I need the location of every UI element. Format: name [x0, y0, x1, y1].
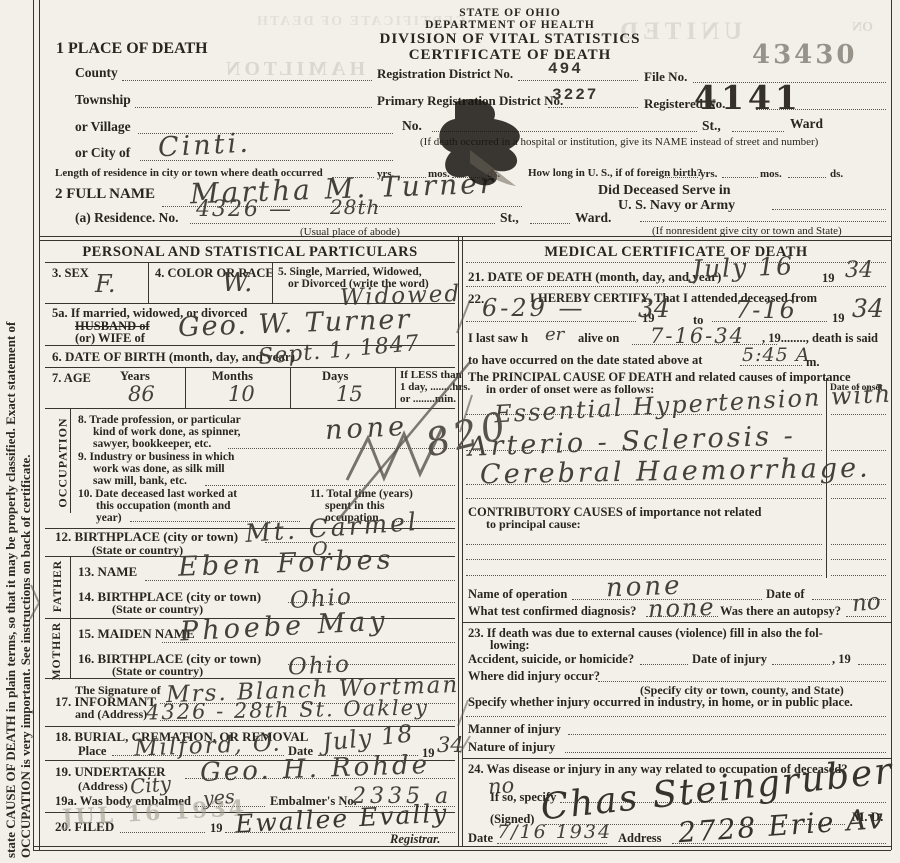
- occ9-line2: work was done, as silk mill: [93, 463, 225, 476]
- months-value: 10: [228, 384, 255, 405]
- header-division: DIVISION OF VITAL STATISTICS: [335, 31, 685, 48]
- rule: [185, 367, 186, 408]
- years-value: 86: [128, 384, 155, 405]
- served-line2: U. S. Navy or Army: [618, 198, 735, 213]
- dotted-line: [831, 559, 886, 560]
- father-vertical-label: FATHER: [52, 560, 64, 612]
- dod-label: 21. DATE OF DEATH (month, day, and year): [468, 270, 721, 284]
- primary-district-value: 3227: [552, 86, 598, 104]
- undertaker-address-label: (Address): [78, 780, 128, 793]
- residence-st-label: St.,: [500, 211, 519, 226]
- file-no-label: File No.: [644, 70, 687, 84]
- dotted-line: [205, 485, 455, 486]
- rule: [70, 408, 71, 513]
- ds-label-2: ds.: [830, 168, 843, 180]
- occ8-line3: sawyer, bookkeeper, etc.: [93, 438, 211, 451]
- if-less-line3: or ........min.: [400, 393, 456, 405]
- border-left-inner: [39, 0, 40, 850]
- father-name-label: 13. NAME: [78, 565, 137, 579]
- rule: [70, 556, 71, 678]
- mother-birthplace-state-label: (State or country): [112, 665, 203, 678]
- autopsy-label: Was there an autopsy?: [720, 605, 841, 619]
- dotted-line: [831, 544, 886, 545]
- informant-address-label: and (Address): [75, 708, 147, 721]
- st-label: St.,: [702, 119, 721, 134]
- dotted-line: [722, 177, 758, 178]
- reg-district-label: Registration District No.: [377, 67, 513, 81]
- rule: [45, 367, 455, 368]
- dotted-line: [466, 498, 822, 499]
- external-causes-line2: lowing:: [490, 639, 530, 653]
- sex-label: 3. SEX: [52, 267, 89, 281]
- serial-number-stamp: 43430: [752, 40, 857, 70]
- dotted-line: [432, 131, 697, 132]
- filed-19-label: 19: [210, 822, 223, 836]
- dod-year-value: 34: [845, 260, 873, 282]
- attended-to-value: 7-16: [735, 298, 797, 322]
- no-label: No.: [402, 119, 422, 134]
- dotted-line: [122, 80, 372, 81]
- occ11-line1: 11. Total time (years): [310, 488, 413, 501]
- county-label: County: [75, 66, 118, 81]
- death-certificate-scan: CERTIFICATE OF DEATH HAMILTON UNITED ON …: [0, 0, 900, 863]
- where-injury-label: Where did injury occur?: [468, 670, 600, 684]
- operation-label: Name of operation: [468, 588, 567, 602]
- rule: [290, 367, 291, 408]
- occ8-value: none: [324, 413, 408, 444]
- rule: [148, 262, 149, 303]
- dotted-line: [228, 448, 455, 449]
- manner-label: Manner of injury: [468, 723, 561, 737]
- father-birthplace-state-label: (State or country): [112, 603, 203, 616]
- lastsaw-er: er: [545, 326, 564, 344]
- informant-address-value: 4326 - 28th St. Oakley: [146, 698, 429, 724]
- ghost-text-corner: ON: [852, 20, 873, 36]
- dotted-line: [568, 734, 886, 735]
- township-label: Township: [75, 93, 131, 108]
- undertaker-value: Geo. H. Rohde: [200, 752, 431, 786]
- dotted-line: [846, 616, 886, 617]
- age-label: 7. AGE: [52, 372, 91, 386]
- dotted-line: [831, 498, 886, 499]
- dod-19-label: 19: [822, 272, 835, 286]
- injury-19-label: , 19: [832, 653, 851, 667]
- test-label: What test confirmed diagnosis?: [468, 605, 636, 619]
- occ8-line1: 8. Trade profession, or particular: [78, 414, 241, 427]
- dotted-line: [466, 559, 822, 560]
- pencil-slash-3: [458, 700, 468, 726]
- father-name-value: Eben Forbes: [178, 546, 395, 581]
- dotted-line: [831, 484, 886, 485]
- dotted-line: [466, 450, 822, 451]
- dotted-line: [640, 221, 886, 222]
- dotted-line: [662, 177, 698, 178]
- occ8-line2: kind of work done, as spinner,: [93, 426, 241, 439]
- date-of-label: Date of: [766, 588, 805, 602]
- dotted-line: [120, 832, 205, 833]
- header-certificate: CERTIFICATE OF DEATH: [335, 47, 685, 64]
- dotted-line: [497, 843, 607, 844]
- attended-from-year: 34: [638, 296, 670, 321]
- rule: [272, 262, 273, 303]
- dotted-line: [831, 414, 886, 415]
- reg-district-value: 494: [548, 60, 583, 78]
- burial-date-value: July 18: [321, 721, 414, 754]
- days-value: 15: [336, 384, 363, 405]
- dotted-line: [466, 414, 822, 415]
- dotted-line: [135, 107, 372, 108]
- contributory-line2: to principal cause:: [486, 518, 581, 531]
- if-less-line2: 1 day, ........hrs.: [400, 381, 470, 393]
- hospital-note: (If death occurred in a hospital or inst…: [420, 136, 818, 148]
- occ10-line2: this occupation (month and: [96, 500, 231, 513]
- city-label: or City of: [75, 146, 130, 161]
- village-label: or Village: [75, 120, 131, 135]
- mos-label-2: mos.: [760, 168, 782, 180]
- autopsy-value: no: [851, 591, 882, 616]
- attended-to-year: 34: [852, 296, 884, 321]
- dod-value: July 16: [692, 253, 795, 282]
- dotted-line: [740, 365, 802, 366]
- sex-value: F.: [95, 272, 116, 296]
- rule-columns-top-2: [39, 240, 891, 241]
- border-left-outer: [33, 0, 34, 850]
- primary-district-label: Primary Registration District No.: [377, 94, 563, 108]
- burial-place-label: Place: [78, 745, 106, 759]
- dotted-line: [565, 752, 886, 753]
- mother-vertical-label: MOTHER: [51, 622, 63, 680]
- dotted-line: [788, 177, 826, 178]
- residence-no-handwriting: 4326 —: [196, 199, 293, 221]
- registrar-label: Registrar.: [390, 833, 440, 847]
- dotted-line: [732, 131, 784, 132]
- dotted-line: [518, 80, 638, 81]
- residence-street-handwriting: 28th: [330, 197, 380, 217]
- rule: [45, 408, 455, 409]
- test-value: none: [648, 595, 716, 621]
- header-dept: DEPARTMENT OF HEALTH: [360, 19, 660, 32]
- lastsaw-mid: alive on: [578, 332, 619, 346]
- dotted-line: [190, 223, 495, 224]
- occurred-time-value: 5:45 A: [742, 346, 810, 365]
- occ9-line1: 9. Industry or business in which: [78, 451, 234, 464]
- race-label: 4. COLOR OR RACE: [155, 267, 274, 281]
- yrs-label-2: yrs.: [700, 168, 717, 180]
- dotted-line: [548, 107, 638, 108]
- dotted-line: [772, 664, 830, 665]
- rule: [462, 622, 891, 623]
- abode-note: (Usual place of abode): [300, 226, 400, 238]
- occupation-vertical-label: OCCUPATION: [56, 417, 71, 507]
- mother-name-label: 15. MAIDEN NAME: [78, 627, 195, 641]
- dotted-line: [831, 575, 886, 576]
- served-line1: Did Deceased Serve in: [598, 183, 731, 198]
- attended-from-value: 6-29 —: [482, 296, 586, 320]
- dotted-line: [530, 223, 570, 224]
- address-value: 2728 Erie Av: [677, 805, 886, 847]
- border-right: [891, 0, 892, 850]
- ward-label: Ward: [790, 117, 823, 132]
- rule-bottom-2: [33, 850, 891, 851]
- race-value: W.: [222, 270, 252, 296]
- header-state: STATE OF OHIO: [360, 7, 660, 20]
- dotted-line: [831, 450, 886, 451]
- date-of-injury-label: Date of injury: [692, 653, 767, 667]
- mother-name-value: Phoebe May: [179, 608, 389, 646]
- margin-note-line2: OCCUPATION is very important. See instru…: [18, 6, 33, 858]
- m-label: m.: [806, 356, 820, 370]
- place-of-death-title: 1 PLACE OF DEATH: [56, 40, 208, 58]
- rule: [395, 367, 396, 408]
- occ9-line3: saw mill, bank, etc.: [93, 475, 187, 488]
- dotted-line: [640, 664, 688, 665]
- nonresident-note: (If nonresident give city or town and St…: [652, 225, 842, 237]
- rule-bottom-1: [33, 846, 891, 847]
- specify-industry-text: Specify whether injury occurred in indus…: [468, 696, 853, 710]
- marital-label-1: 5. Single, Married, Widowed,: [278, 266, 422, 279]
- margin-note-line1: state CAUSE OF DEATH in plain terms, so …: [3, 6, 18, 858]
- residence-ward-label: Ward.: [575, 211, 611, 226]
- medical-title: MEDICAL CERTIFICATE OF DEATH: [462, 245, 890, 261]
- full-name-label: 2 FULL NAME: [55, 186, 155, 203]
- lastsaw-value: 7-16-34: [650, 326, 745, 347]
- accident-label: Accident, suicide, or homicide?: [468, 653, 634, 667]
- dotted-line: [598, 681, 886, 682]
- dotted-line: [466, 262, 886, 263]
- dotted-line: [466, 286, 886, 287]
- if-less-line1: If LESS than: [400, 369, 462, 381]
- residence-label: (a) Residence. No.: [75, 211, 178, 226]
- lastsaw-pre: I last saw h: [468, 332, 528, 346]
- margin-note: state CAUSE OF DEATH in plain terms, so …: [3, 6, 33, 858]
- address-label: Address: [618, 832, 662, 846]
- date-label: Date: [468, 832, 493, 846]
- date-value: 7/16 1934: [497, 823, 612, 842]
- personal-title: PERSONAL AND STATISTICAL PARTICULARS: [45, 245, 455, 261]
- rule: [45, 262, 455, 263]
- occ10-line3: year): [96, 512, 122, 525]
- dotted-line: [466, 544, 822, 545]
- burial-year-value: 34: [437, 735, 464, 756]
- wife-of-label: (or) WIFE of: [75, 332, 145, 346]
- occ10-line1: 10. Date deceased last worked at: [78, 488, 237, 501]
- dotted-line: [772, 209, 886, 210]
- dotted-line: [466, 484, 822, 485]
- occurred-text: to have occurred on the date stated abov…: [468, 354, 702, 368]
- to-19-label: 19: [832, 312, 845, 326]
- dotted-line: [858, 664, 886, 665]
- city-value-handwriting: Cinti.: [157, 130, 251, 162]
- dotted-line: [466, 716, 886, 717]
- registered-no-value: 4141: [694, 78, 802, 117]
- nature-label: Nature of injury: [468, 741, 555, 755]
